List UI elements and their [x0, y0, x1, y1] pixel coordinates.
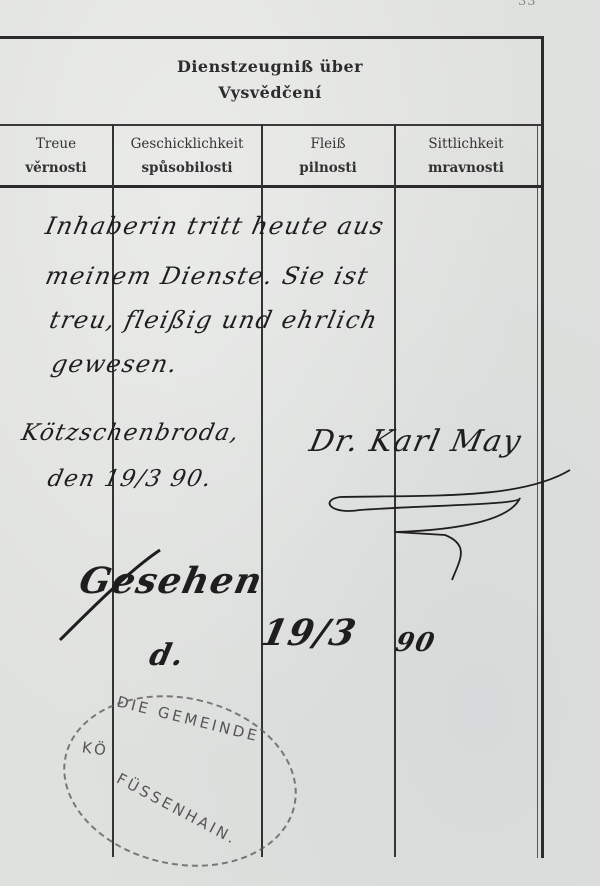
stamp-text-line-2: KÖ — [81, 738, 110, 760]
